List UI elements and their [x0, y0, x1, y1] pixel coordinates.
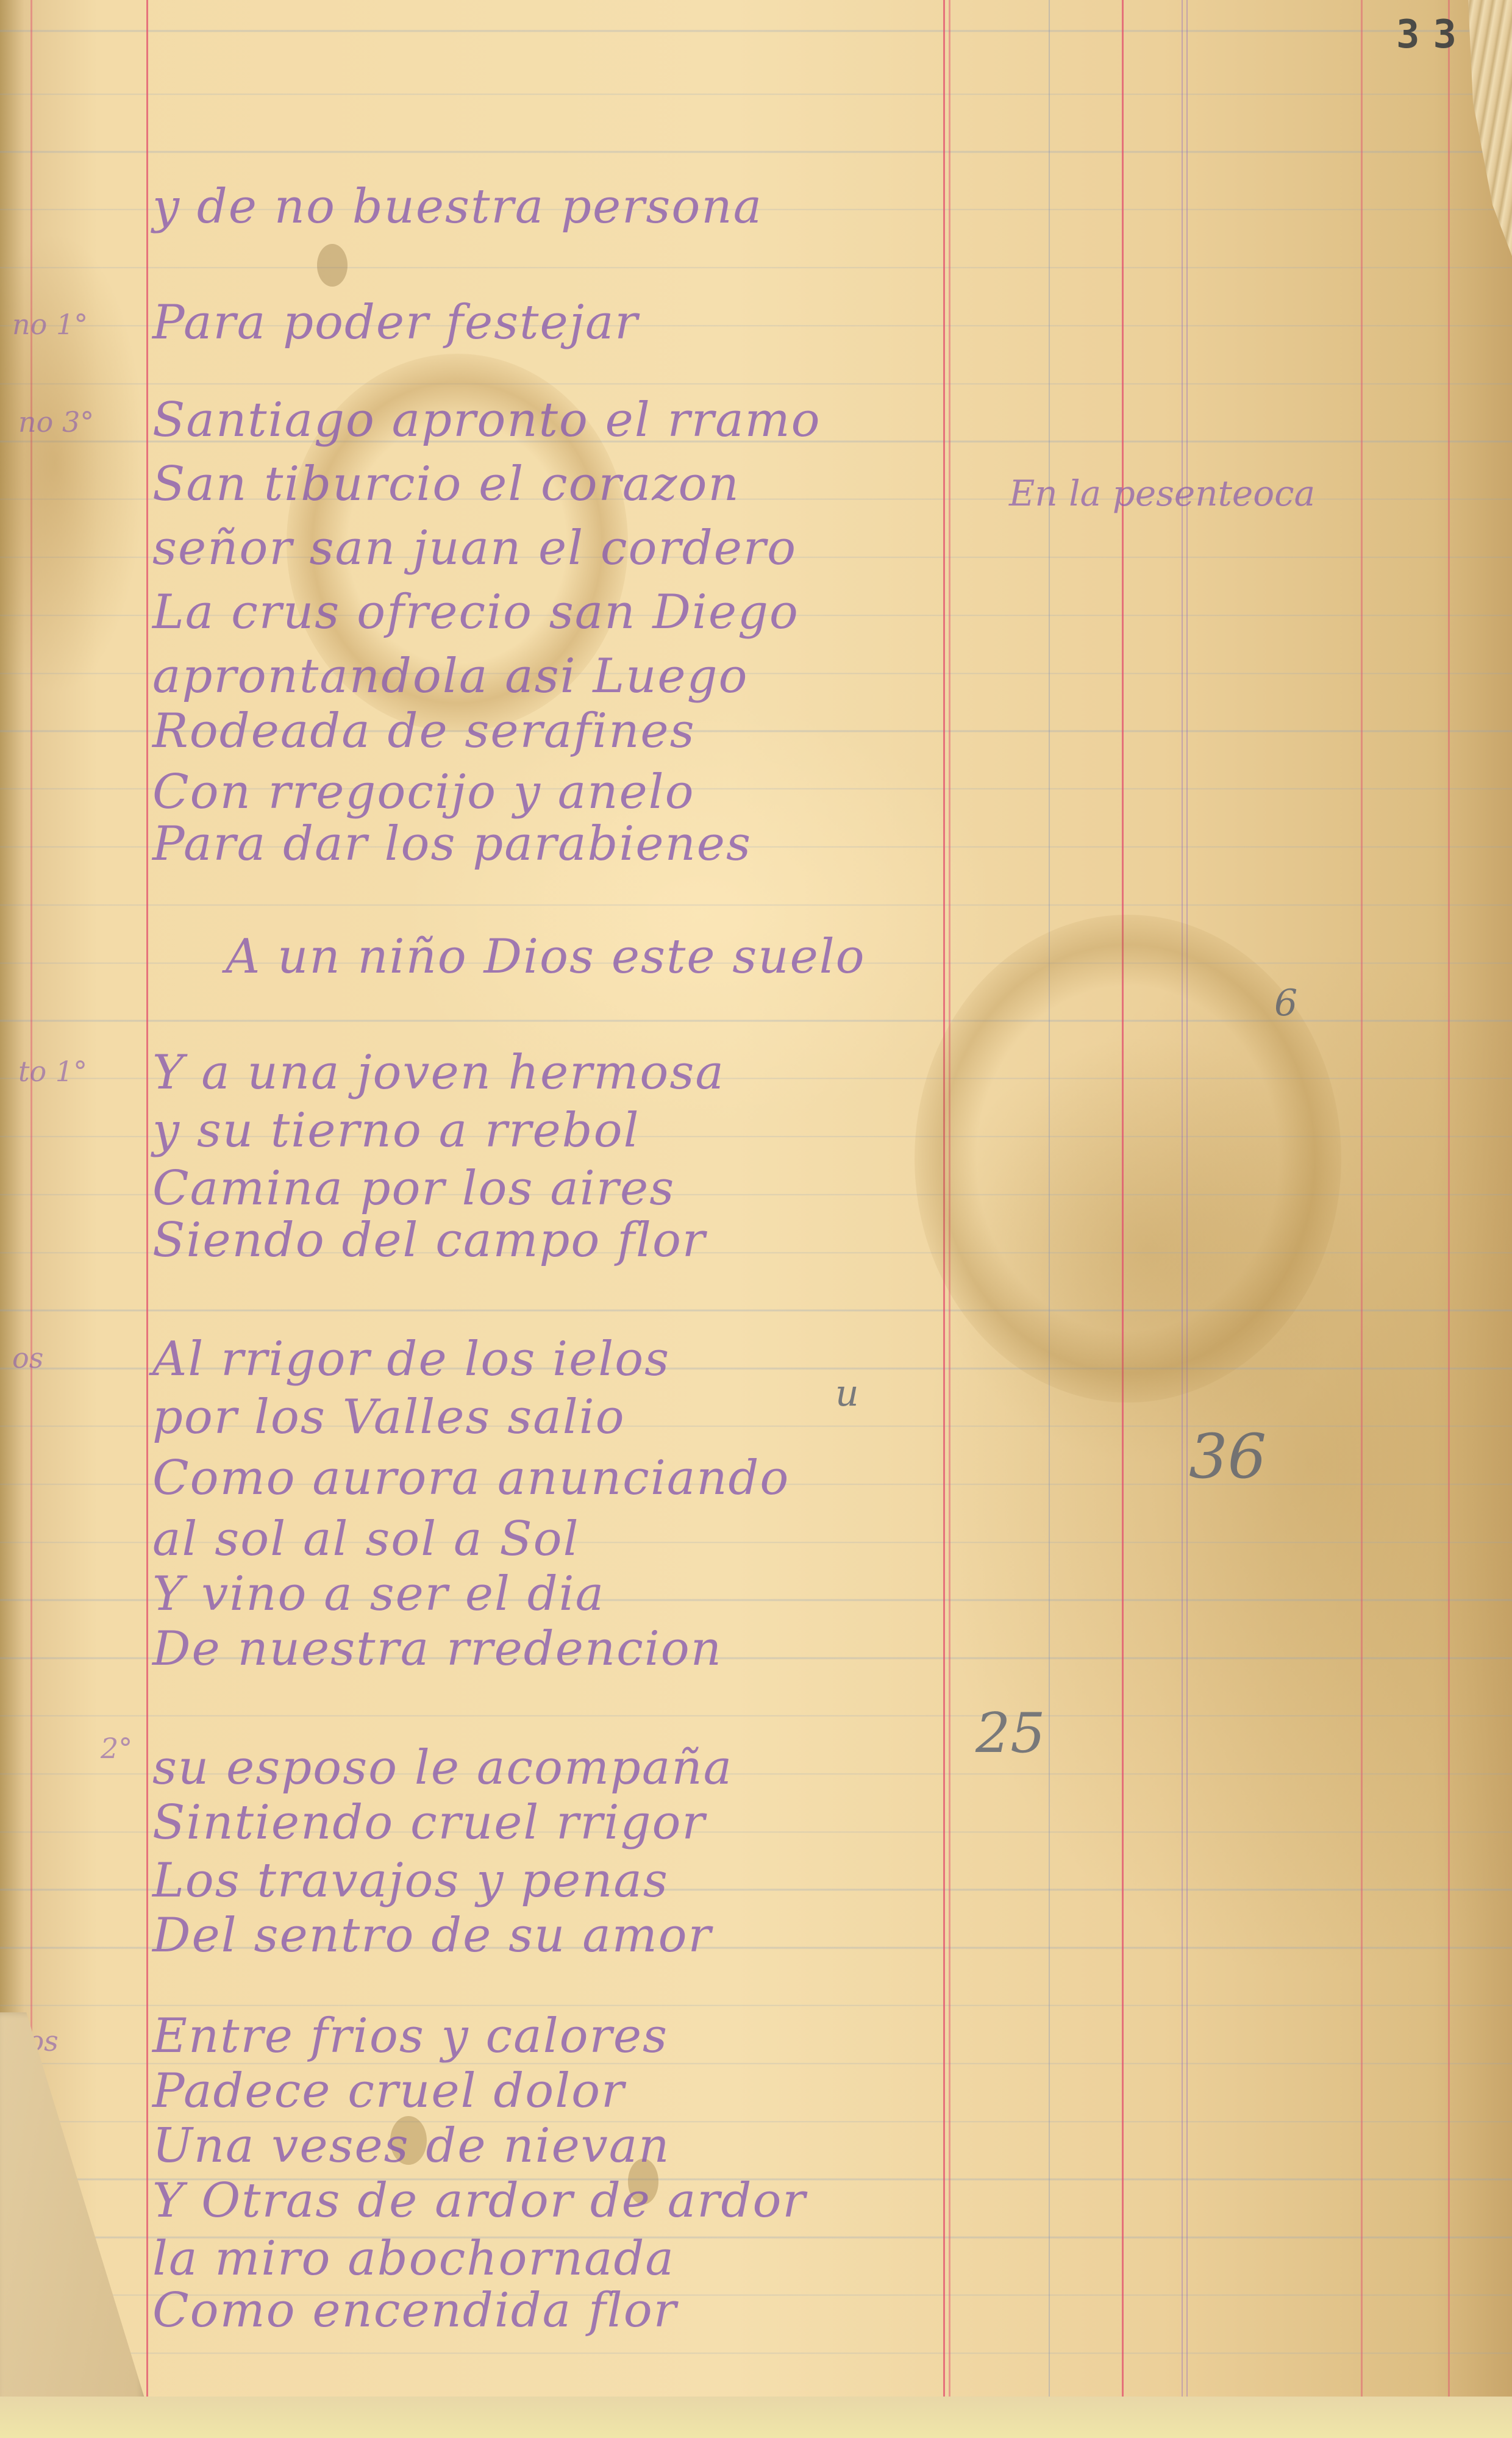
- verse-line: la miro abochornada: [152, 2235, 675, 2282]
- verse-line: aprontandola asi Luego: [152, 652, 749, 700]
- verse-line: Al rrigor de los ielos: [152, 1335, 670, 1383]
- verse-line: y su tierno a rrebol: [152, 1107, 640, 1154]
- verse-line: Una veses de nievan: [152, 2122, 671, 2170]
- next-page-edge: [0, 2397, 1512, 2438]
- verse-line: Entre frios y calores: [152, 2012, 668, 2060]
- verse-line: Como aurora anunciando: [152, 1454, 790, 1502]
- manuscript-page: 33 y de no buestra personaPara poder fes…: [0, 0, 1512, 2438]
- verse-line: San tiburcio el corazon: [152, 460, 740, 508]
- ledger-column-line-6: [1448, 0, 1450, 2438]
- ledger-column-line-4: [1186, 0, 1188, 2438]
- margin-note: 2°: [101, 1732, 132, 1765]
- margin-note: no 1°: [12, 308, 88, 341]
- verse-line: Siendo del campo flor: [152, 1217, 706, 1264]
- margin-note: os: [12, 1342, 43, 1375]
- verse-line: Los travajos y penas: [152, 1857, 669, 1904]
- verse-line: su esposo le acompaña: [152, 1744, 733, 1792]
- text-column-right-line-a: [943, 0, 945, 2438]
- verse-line: A un niño Dios este suelo: [226, 933, 866, 981]
- pencil-annotation: 25: [975, 1701, 1046, 1765]
- verse-line: señor san juan el cordero: [152, 524, 797, 572]
- verse-line: La crus ofrecio san Diego: [152, 588, 799, 636]
- right-column-note: En la pesenteoca: [1009, 473, 1315, 514]
- verse-line: Y a una joven hermosa: [152, 1049, 725, 1096]
- verse-line: Camina por los aires: [152, 1165, 675, 1212]
- verse-line: al sol al sol a Sol: [152, 1515, 580, 1563]
- verse-line: Y Otras de ardor de ardor: [152, 2177, 807, 2225]
- verse-line: Y vino a ser el dia: [152, 1570, 605, 1618]
- verse-line: por los Valles salio: [152, 1393, 626, 1441]
- verse-line: y de no buestra persona: [152, 183, 763, 231]
- pencil-annotation: u: [835, 1372, 859, 1415]
- verse-line: Con rregocijo y anelo: [152, 768, 695, 816]
- margin-note: no 3°: [18, 406, 94, 438]
- ledger-column-line-5: [1361, 0, 1363, 2438]
- text-column-right-line-b: [949, 0, 950, 2438]
- verse-line: Santiago apronto el rramo: [152, 396, 821, 444]
- margin-note: to 1°: [18, 1055, 87, 1088]
- ledger-column-line-3: [1182, 0, 1183, 2438]
- left-margin-line-inner: [146, 0, 148, 2438]
- verse-line: Padece cruel dolor: [152, 2067, 625, 2115]
- verse-line: De nuestra rredencion: [152, 1625, 722, 1673]
- verse-line: Rodeada de serafines: [152, 707, 696, 755]
- ledger-column-line-1: [1049, 0, 1050, 2438]
- verse-line: Para poder festejar: [152, 299, 639, 346]
- pencil-annotation: 36: [1189, 1421, 1266, 1492]
- verse-line: Como encendida flor: [152, 2287, 677, 2334]
- ledger-column-line-2: [1122, 0, 1124, 2438]
- verse-line: Sintiendo cruel rrigor: [152, 1799, 706, 1846]
- verse-line: Del sentro de su amor: [152, 1912, 712, 1959]
- pencil-annotation: 6: [1274, 982, 1297, 1024]
- verse-line: Para dar los parabienes: [152, 820, 752, 868]
- page-number-stamp: 33: [1396, 12, 1470, 57]
